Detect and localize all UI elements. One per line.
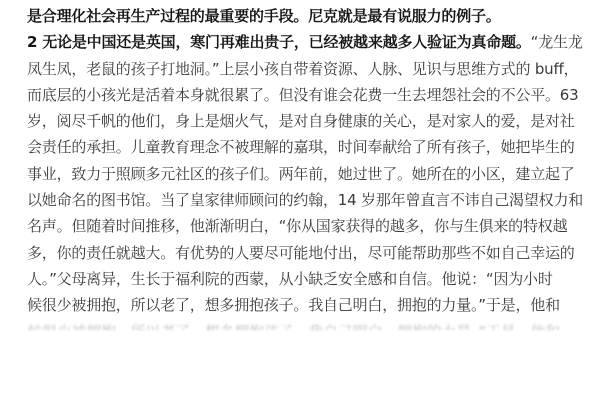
text-line-4: 而底层的小孩光是活着本身就很累了。但没有谁会花费一生去埋怨社会的不公平。63 [27,82,567,108]
regular-text: 凤生凤，老鼠的孩子打地洞。”上层小孩自带着资源、人脉、见识与思维方式的 buff… [27,60,578,78]
text-line-3: 凤生凤，老鼠的孩子打地洞。”上层小孩自带着资源、人脉、见识与思维方式的 buff… [27,56,567,82]
text-line-10: 多，你的责任就越大。有优势的人要尽可能地付出，尽可能帮助那些不如自己幸运的 [27,240,567,266]
regular-text: 而底层的小孩光是活着本身就很累了。但没有谁会花费一生去埋怨社会的不公平。63 [27,86,579,104]
text-line-7: 事业，致力于照顾多元社区的孩子们。两年前，她过世了。她所在的小区，建立起了 [27,161,567,187]
regular-text: 候很少被拥抱，所以老了，想多拥抱孩子。我自己明白，拥抱的力量。”于是，他和 [27,296,560,314]
bold-text: 2 无论是中国还是英国，寒门再难出贵子，已经被越来越多人验证为真命题。 [27,33,531,51]
regular-text: “龙生龙 [531,33,583,51]
regular-text: 会责任的承担。儿童教育理念不被理解的嘉琪，时间奉献给了所有孩子，她把毕生的 [27,138,575,156]
regular-text: 岁，阅尽千帆的他们，身上是烟火气，是对自身健康的关心，是对家人的爱，是对社 [27,112,575,130]
text-line-9: 名声。但随着时间推移，他渐渐明白，“你从国家获得的越多，你与生俱来的特权越 [27,213,567,239]
regular-text: 人。”父母离异，生长于福利院的西蒙，从小缺乏安全感和自信。他说：“因为小时 [27,270,553,288]
regular-text: 候很少被拥抱，所以老了，想多拥抱孩子。我自己明白，拥抱的力量。”于是，他和 [27,323,560,330]
text-line-2: 2 无论是中国还是英国，寒门再难出贵子，已经被越来越多人验证为真命题。“龙生龙 [27,29,567,55]
regular-text: 多，你的责任就越大。有优势的人要尽可能地付出，尽可能帮助那些不如自己幸运的 [27,244,575,262]
text-line-1: 是合理化社会再生产过程的最重要的手段。尼克就是最有说服力的例子。 [27,3,567,29]
text-line-cut-off: 候很少被拥抱，所以老了，想多拥抱孩子。我自己明白，拥抱的力量。”于是，他和 [27,319,567,330]
bold-text: 是合理化社会再生产过程的最重要的手段。尼克就是最有说服力的例子。 [27,7,501,25]
regular-text: 名声。但随着时间推移，他渐渐明白，“你从国家获得的越多，你与生俱来的特权越 [27,217,567,235]
regular-text: 以她命名的图书馆。当了皇家律师顾问的约翰，14 岁那年曾直言不讳自己渴望权力和 [27,191,583,209]
regular-text: 事业，致力于照顾多元社区的孩子们。两年前，她过世了。她所在的小区，建立起了 [27,165,575,183]
article-body: 是合理化社会再生产过程的最重要的手段。尼克就是最有说服力的例子。 2 无论是中国… [27,3,567,330]
text-line-5: 岁，阅尽千帆的他们，身上是烟火气，是对自身健康的关心，是对家人的爱，是对社 [27,108,567,134]
text-line-12: 候很少被拥抱，所以老了，想多拥抱孩子。我自己明白，拥抱的力量。”于是，他和 [27,292,567,318]
text-line-6: 会责任的承担。儿童教育理念不被理解的嘉琪，时间奉献给了所有孩子，她把毕生的 [27,134,567,160]
text-line-8: 以她命名的图书馆。当了皇家律师顾问的约翰，14 岁那年曾直言不讳自己渴望权力和 [27,187,567,213]
text-line-11: 人。”父母离异，生长于福利院的西蒙，从小缺乏安全感和自信。他说：“因为小时 [27,266,567,292]
